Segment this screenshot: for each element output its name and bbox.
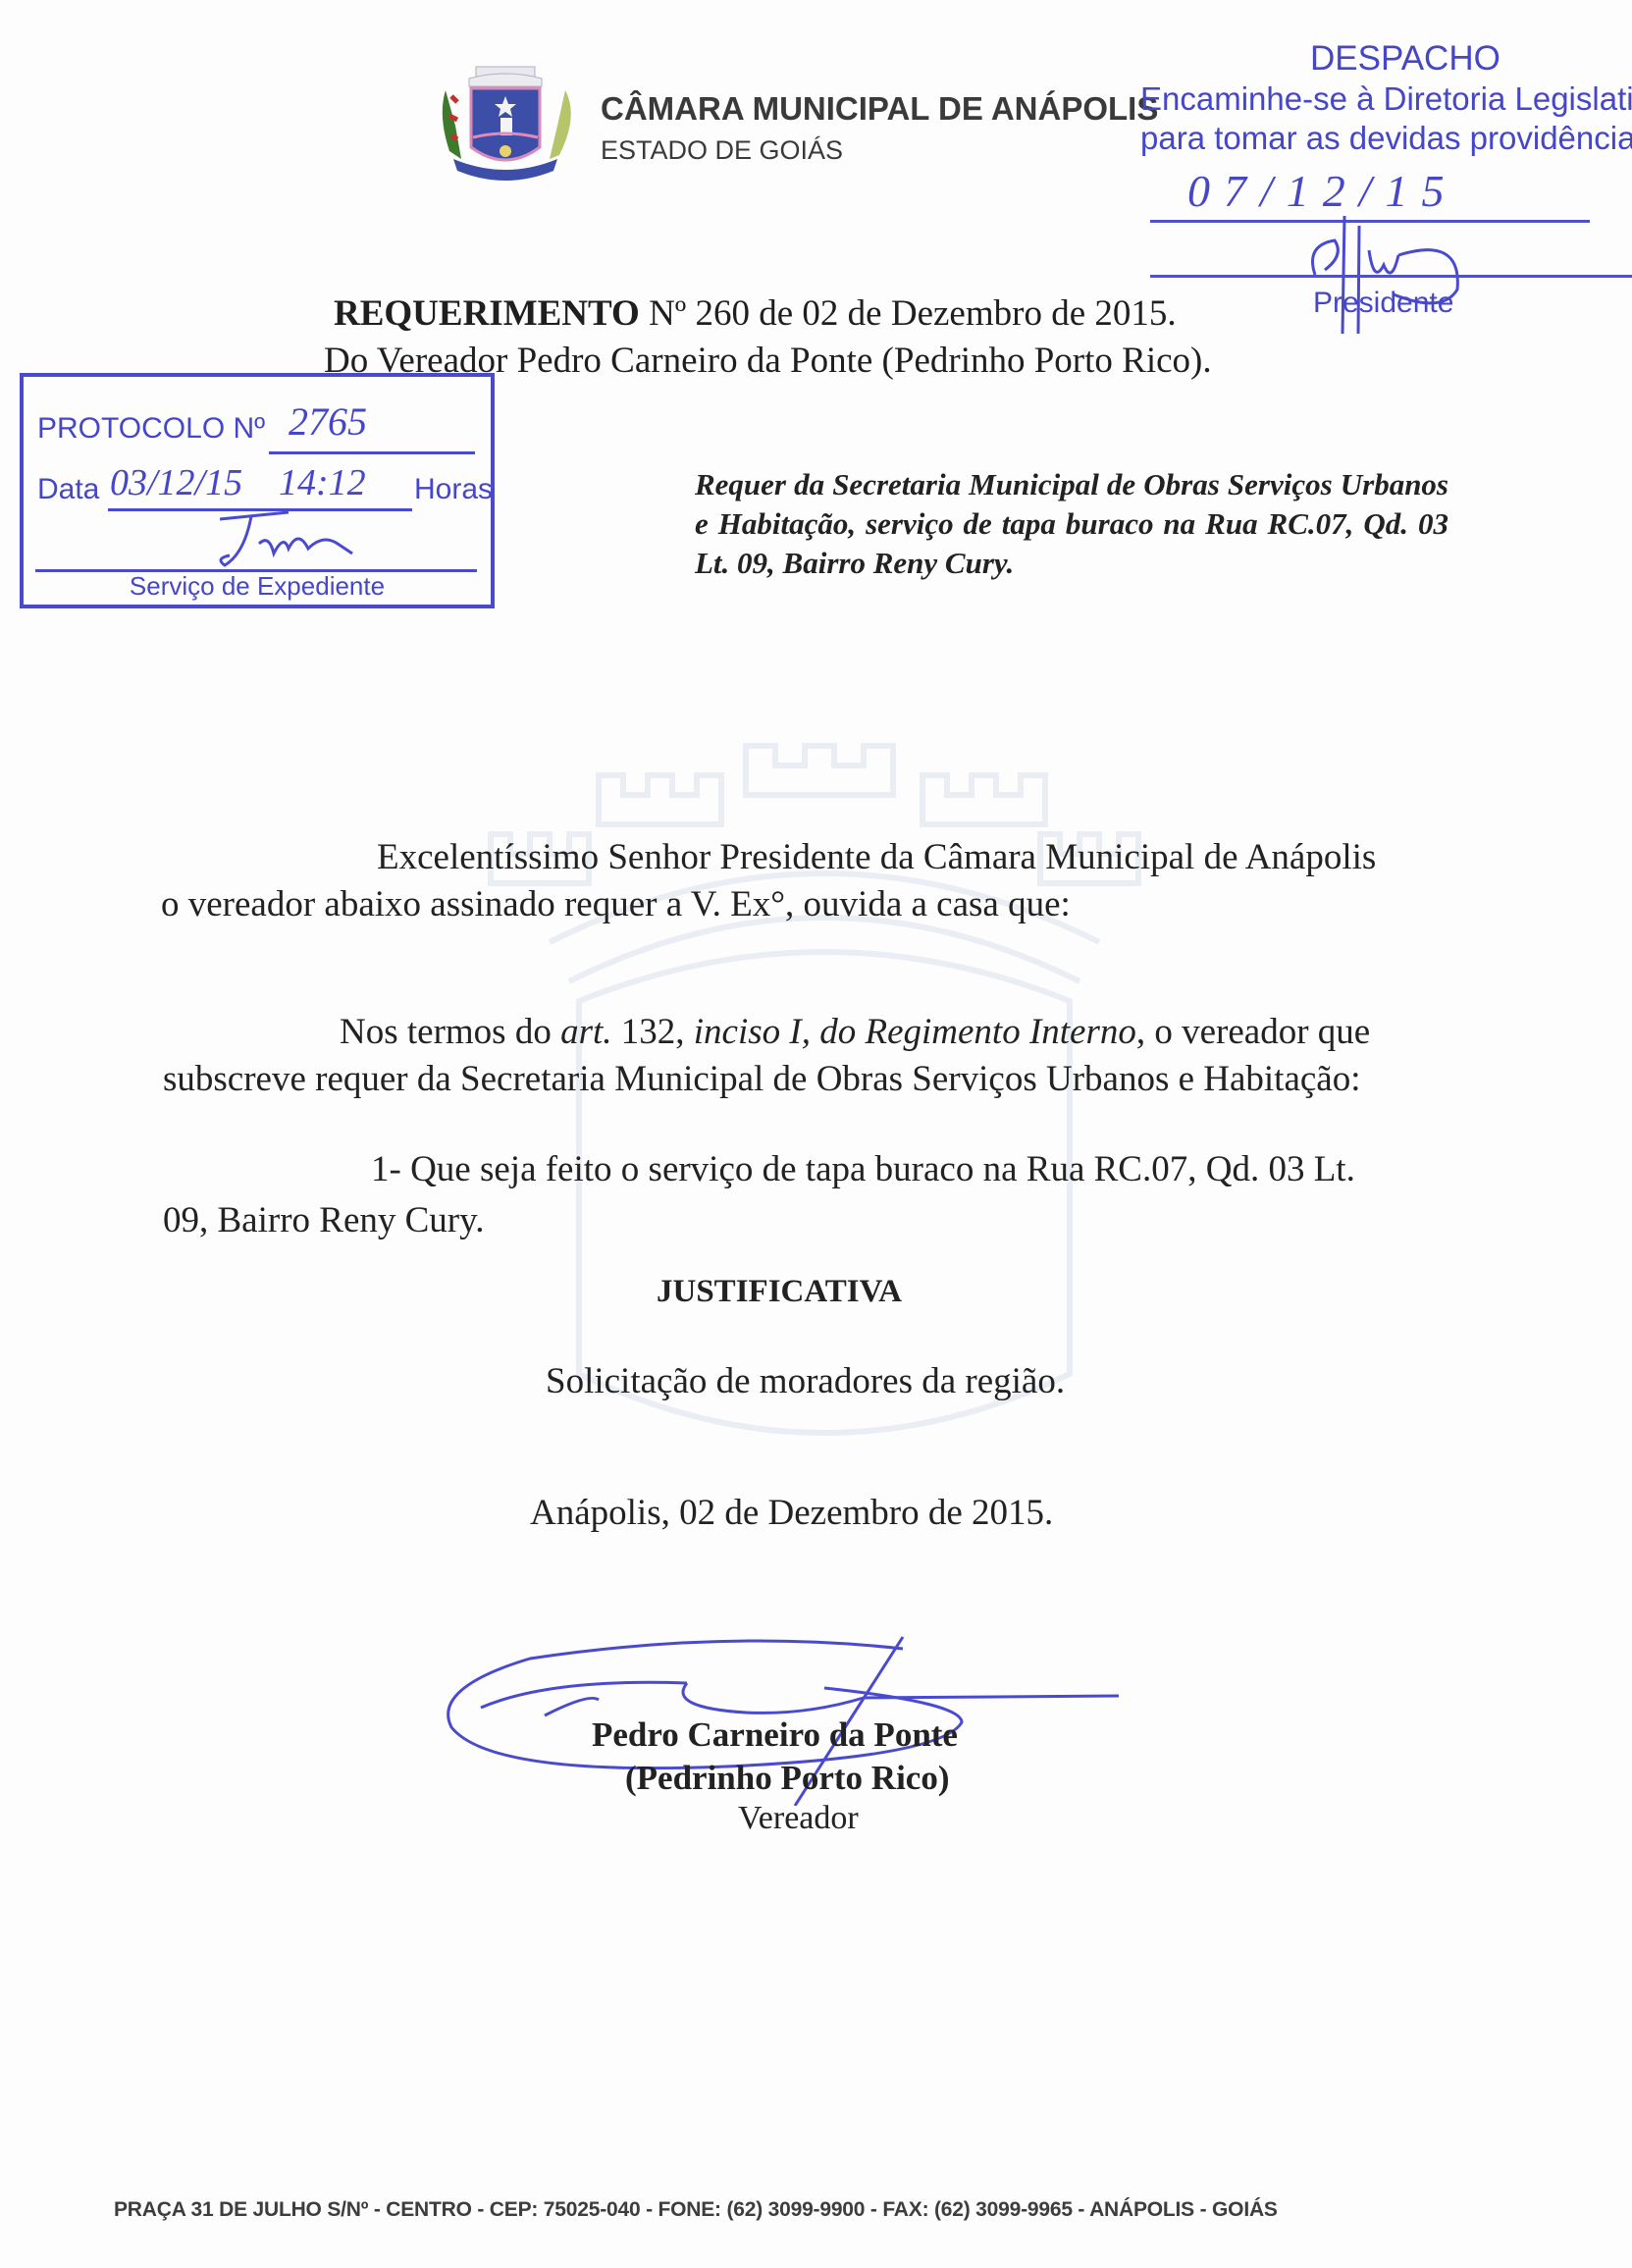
organization-state: ESTADO DE GOIÁS — [601, 135, 843, 166]
despacho-stamp: DESPACHO Encaminhe-se à Diretoria Legisl… — [1129, 29, 1632, 343]
protocolo-time: 14:12 — [279, 461, 366, 504]
protocolo-stamp: PROTOCOLO Nº 2765 Data 03/12/15 14:12 Ho… — [20, 373, 495, 608]
footer-address: PRAÇA 31 DE JULHO S/Nº - CENTRO - CEP: 7… — [114, 2198, 1278, 2222]
protocolo-horas-label: Horas — [414, 473, 493, 506]
signer-name: Pedro Carneiro da Ponte — [592, 1715, 958, 1755]
despacho-role: Presidente — [1313, 287, 1453, 320]
paragraph1-reference: inciso I, do Regimento Interno — [694, 1012, 1136, 1052]
despacho-instruction-line1: Encaminhe-se à Diretoria Legislati — [1140, 80, 1632, 118]
despacho-instruction-line2: para tomar as devidas providência — [1140, 120, 1632, 157]
salutation-line2: o vereador abaixo assinado requer a V. E… — [161, 883, 1071, 925]
paragraph1-mid: 132, — [612, 1012, 694, 1052]
president-signature-icon — [1276, 196, 1472, 343]
despacho-title: DESPACHO — [1310, 39, 1500, 79]
request-item1-line1: 1- Que seja feito o serviço de tapa bura… — [371, 1148, 1355, 1190]
paragraph1-art: art. — [560, 1012, 611, 1052]
protocolo-number: 2765 — [289, 398, 367, 445]
request-item1-line2: 09, Bairro Reny Cury. — [163, 1199, 484, 1241]
requerimento-number: Nº 260 de 02 de Dezembro de 2015. — [640, 293, 1177, 334]
protocolo-service: Serviço de Expediente — [24, 571, 491, 602]
ementa-summary: Requer da Secretaria Municipal de Obras … — [695, 465, 1448, 583]
protocolo-date-label: Data — [37, 473, 99, 506]
signer-alias: (Pedrinho Porto Rico) — [625, 1759, 949, 1798]
paragraph1-suffix: , o vereador que — [1136, 1012, 1370, 1052]
paragraph1-line1: Nos termos do art. 132, inciso I, do Reg… — [340, 1011, 1370, 1053]
signer-role: Vereador — [738, 1800, 859, 1837]
protocolo-label: PROTOCOLO Nº — [37, 412, 265, 446]
place-and-date: Anápolis, 02 de Dezembro de 2015. — [530, 1492, 1053, 1534]
requerimento-label: REQUERIMENTO — [334, 293, 640, 334]
crest-icon — [432, 57, 579, 194]
salutation-line1: Excelentíssimo Senhor Presidente da Câma… — [377, 836, 1376, 878]
protocolo-number-rule — [269, 451, 475, 454]
paragraph1-prefix: Nos termos do — [340, 1012, 560, 1052]
despacho-signature-rule — [1150, 275, 1632, 278]
justificativa-text: Solicitação de moradores da região. — [546, 1360, 1065, 1402]
organization-name: CÂMARA MUNICIPAL DE ANÁPOLIS — [601, 90, 1158, 128]
requerimento-title: REQUERIMENTO Nº 260 de 02 de Dezembro de… — [334, 292, 1177, 335]
clerk-signature-icon — [190, 504, 387, 573]
protocolo-date: 03/12/15 — [110, 461, 242, 504]
justificativa-title: JUSTIFICATIVA — [657, 1274, 902, 1310]
paragraph1-line2: subscreve requer da Secretaria Municipal… — [163, 1058, 1361, 1100]
